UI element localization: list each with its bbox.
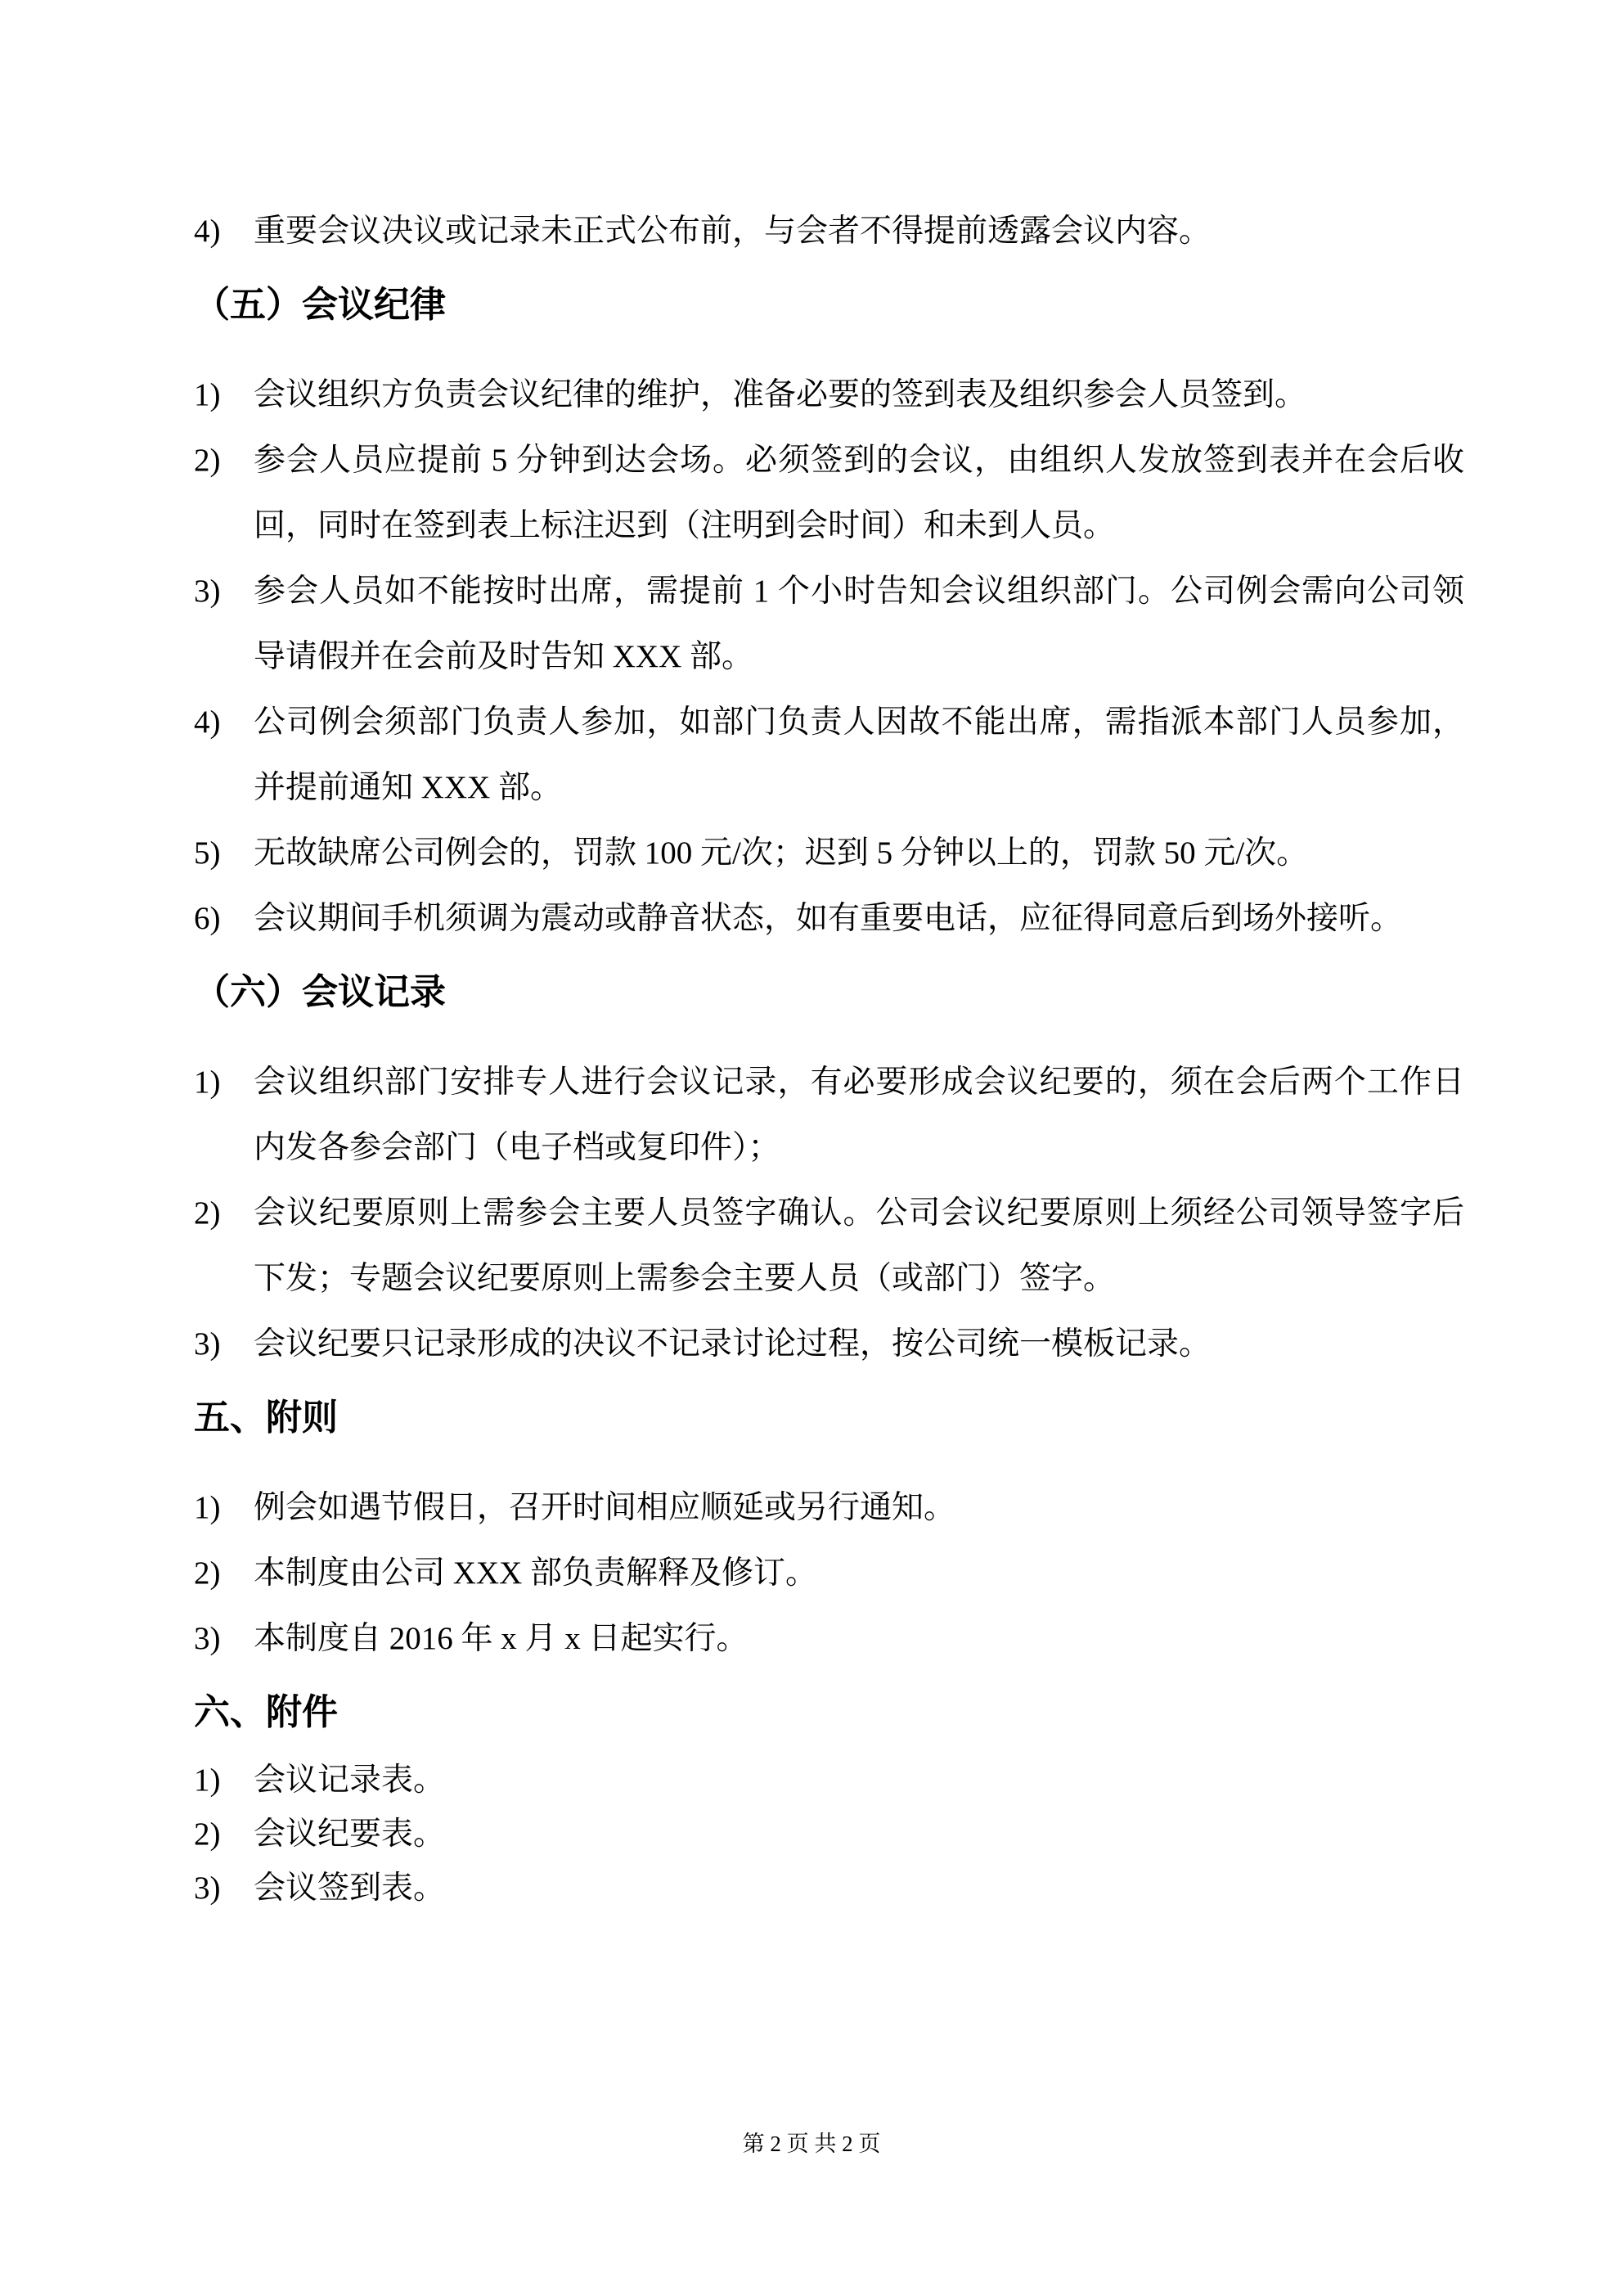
list-item: 1) 会议记录表。	[194, 1754, 1464, 1808]
list-item-number: 2)	[194, 1541, 254, 1606]
list-item: 3) 本制度自 2016 年 x 月 x 日起实行。	[194, 1606, 1464, 1672]
list-item-text: 会议纪要只记录形成的决议不记录讨论过程，按公司统一模板记录。	[254, 1312, 1464, 1377]
list-item-text: 会议纪要表。	[254, 1808, 1464, 1862]
list-item-number: 3)	[194, 1862, 254, 1916]
list-item: 4) 公司例会须部门负责人参加，如部门负责人因故不能出席，需指派本部门人员参加，…	[194, 690, 1464, 821]
list-item: 2) 参会人员应提前 5 分钟到达会场。必须签到的会议，由组织人发放签到表并在会…	[194, 428, 1464, 559]
list-item-number: 6)	[194, 886, 254, 952]
list-item: 1) 例会如遇节假日，召开时间相应顺延或另行通知。	[194, 1475, 1464, 1541]
list-item: 6) 会议期间手机须调为震动或静音状态，如有重要电话，应征得同意后到场外接听。	[194, 886, 1464, 952]
list-item-number: 1)	[194, 1050, 254, 1115]
list-item-number: 2)	[194, 1181, 254, 1246]
list-item-text: 会议期间手机须调为震动或静音状态，如有重要电话，应征得同意后到场外接听。	[254, 886, 1464, 952]
list-item-number: 4)	[194, 199, 254, 264]
list-item-number: 2)	[194, 1808, 254, 1862]
list-item-text: 本制度由公司 XXX 部负责解释及修订。	[254, 1541, 1464, 1606]
list-item: 2) 会议纪要原则上需参会主要人员签字确认。公司会议纪要原则上须经公司领导签字后…	[194, 1181, 1464, 1312]
list-item-number: 1)	[194, 362, 254, 428]
list-item-text: 无故缺席公司例会的，罚款 100 元/次；迟到 5 分钟以上的，罚款 50 元/…	[254, 821, 1464, 886]
document-body: 4) 重要会议决议或记录未正式公布前，与会者不得提前透露会议内容。 （五）会议纪…	[194, 199, 1464, 1916]
list-item-number: 3)	[194, 1312, 254, 1377]
list-item-number: 1)	[194, 1754, 254, 1808]
list-item-text: 重要会议决议或记录未正式公布前，与会者不得提前透露会议内容。	[254, 199, 1464, 264]
list-item: 1) 会议组织部门安排专人进行会议记录，有必要形成会议纪要的，须在会后两个工作日…	[194, 1050, 1464, 1181]
list-item-number: 4)	[194, 690, 254, 755]
list-item: 3) 会议纪要只记录形成的决议不记录讨论过程，按公司统一模板记录。	[194, 1312, 1464, 1377]
list-item: 1) 会议组织方负责会议纪律的维护，准备必要的签到表及组织参会人员签到。	[194, 362, 1464, 428]
list-item-text: 公司例会须部门负责人参加，如部门负责人因故不能出席，需指派本部门人员参加，并提前…	[254, 690, 1464, 821]
list-item-text: 会议纪要原则上需参会主要人员签字确认。公司会议纪要原则上须经公司领导签字后下发；…	[254, 1181, 1464, 1312]
list-item-number: 1)	[194, 1475, 254, 1541]
list-item: 2) 本制度由公司 XXX 部负责解释及修订。	[194, 1541, 1464, 1606]
heading-chapter-6-attachments: 六、附件	[194, 1688, 1464, 1737]
list-item-text: 本制度自 2016 年 x 月 x 日起实行。	[254, 1606, 1464, 1672]
list-item: 3) 会议签到表。	[194, 1862, 1464, 1916]
list-item: 4) 重要会议决议或记录未正式公布前，与会者不得提前透露会议内容。	[194, 199, 1464, 264]
list-item-number: 3)	[194, 1606, 254, 1672]
list-item-text: 会议记录表。	[254, 1754, 1464, 1808]
heading-section-6-records: （六）会议记录	[194, 968, 1464, 1017]
list-item: 2) 会议纪要表。	[194, 1808, 1464, 1862]
heading-chapter-5-supplementary: 五、附则	[194, 1393, 1464, 1443]
list-item-text: 参会人员如不能按时出席，需提前 1 个小时告知会议组织部门。公司例会需向公司领导…	[254, 559, 1464, 690]
page-number: 第 2 页 共 2 页	[743, 2132, 881, 2156]
page-footer: 第 2 页 共 2 页	[0, 2126, 1623, 2158]
list-item-text: 会议组织方负责会议纪律的维护，准备必要的签到表及组织参会人员签到。	[254, 362, 1464, 428]
list-item-text: 参会人员应提前 5 分钟到达会场。必须签到的会议，由组织人发放签到表并在会后收回…	[254, 428, 1464, 559]
list-item-text: 会议签到表。	[254, 1862, 1464, 1916]
list-item-text: 会议组织部门安排专人进行会议记录，有必要形成会议纪要的，须在会后两个工作日内发各…	[254, 1050, 1464, 1181]
list-item: 3) 参会人员如不能按时出席，需提前 1 个小时告知会议组织部门。公司例会需向公…	[194, 559, 1464, 690]
list-item-number: 3)	[194, 559, 254, 624]
list-item-number: 2)	[194, 428, 254, 493]
list-item: 5) 无故缺席公司例会的，罚款 100 元/次；迟到 5 分钟以上的，罚款 50…	[194, 821, 1464, 886]
heading-section-5-discipline: （五）会议纪律	[194, 281, 1464, 330]
list-item-text: 例会如遇节假日，召开时间相应顺延或另行通知。	[254, 1475, 1464, 1541]
list-item-number: 5)	[194, 821, 254, 886]
